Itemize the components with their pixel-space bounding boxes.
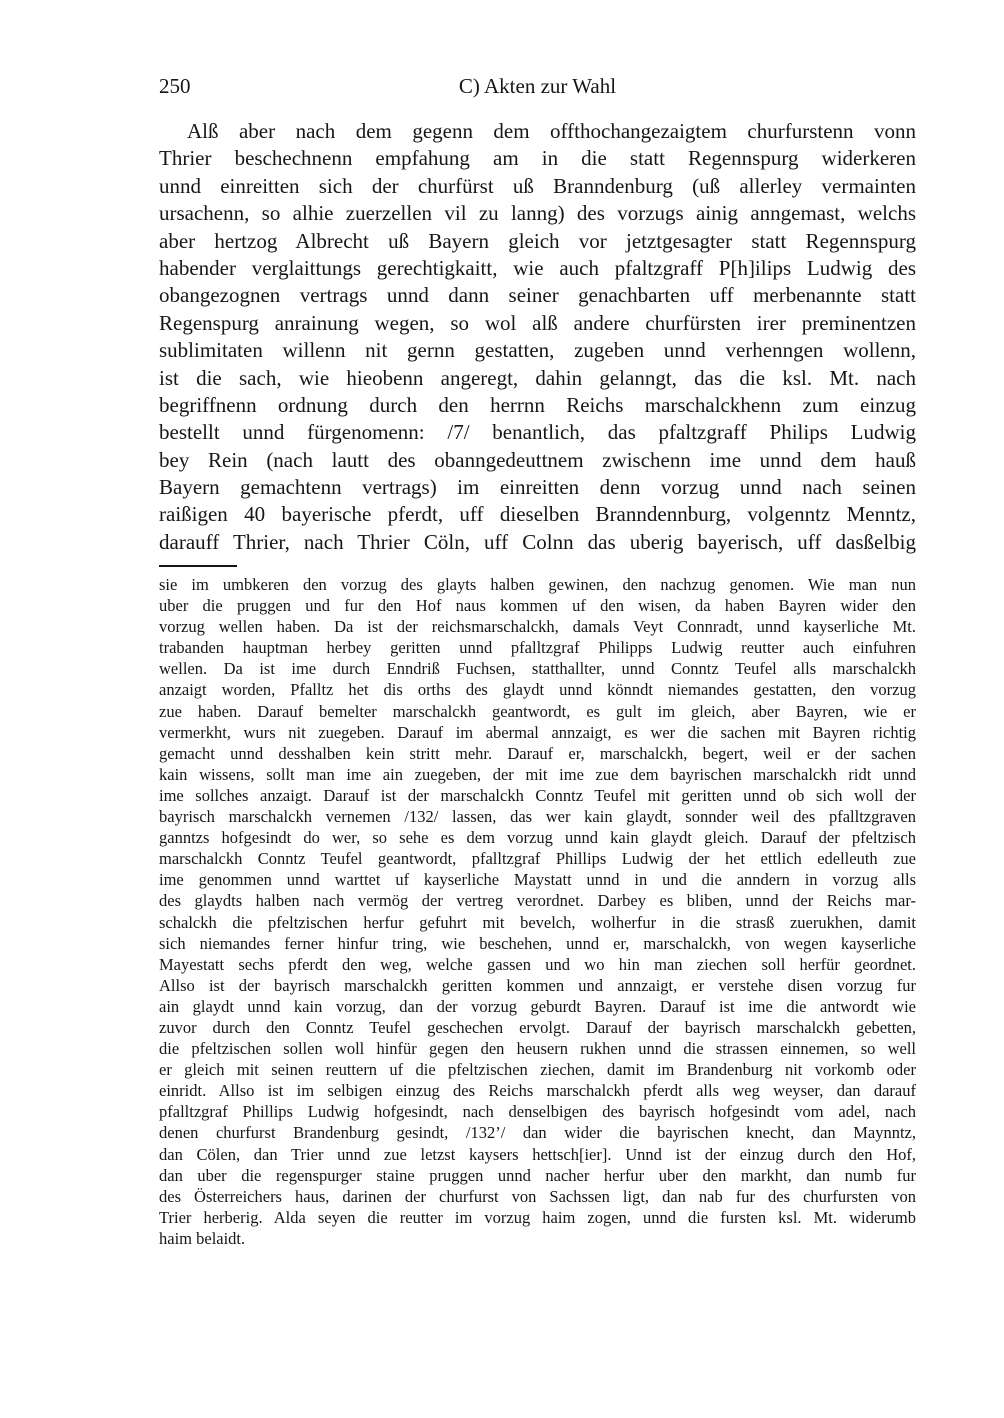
footnote-line: ganntzs hofgesindt do wer, so sehe es de… bbox=[159, 827, 916, 848]
body-line: raißigen 40 bayerische pferdt, uff diese… bbox=[159, 501, 916, 528]
body-line: bestellt unnd fürgenomenn: /7/ benantlic… bbox=[159, 419, 916, 446]
footnote-line: vorzug wellen haben. Da ist der reichsma… bbox=[159, 616, 916, 637]
footnote-line: einridt. Allso ist im selbigen einzug de… bbox=[159, 1080, 916, 1101]
footnote-line: zue haben. Darauf bemelter marschalckh g… bbox=[159, 701, 916, 722]
footnote-line: dan uber die regenspurger staine pruggen… bbox=[159, 1165, 916, 1186]
body-line: Thrier beschechnenn empfahung am in die … bbox=[159, 145, 916, 172]
footnote-line: ime genommen unnd warttet uf kayserliche… bbox=[159, 869, 916, 890]
body-line: Bayern gemachtenn vertrags) im einreitte… bbox=[159, 474, 916, 501]
body-line: Alß aber nach dem gegenn dem offthochang… bbox=[159, 118, 916, 145]
footnote-line: Mayestatt sechs pferdt den weg, welche g… bbox=[159, 954, 916, 975]
footnote-line: trabanden hauptman herbey geritten unnd … bbox=[159, 637, 916, 658]
footnote-line: pfalltzgraf Phillips Ludwig hofgesindt, … bbox=[159, 1101, 916, 1122]
footnote-line: er gleich mit seinen reuttern uf die pfe… bbox=[159, 1059, 916, 1080]
footnote-line: anzaigt worden, Pfalltz het dis orths de… bbox=[159, 679, 916, 700]
footnote-line: marschalckh Conntz Teufel geantwordt, pf… bbox=[159, 848, 916, 869]
footnote-line: dan Cölen, dan Trier unnd zue letzst kay… bbox=[159, 1144, 916, 1165]
body-line: Regenspurg anrainung wegen, so wol alß a… bbox=[159, 310, 916, 337]
footnote-text: sie im umbkeren den vorzug des glayts ha… bbox=[159, 574, 916, 1249]
footnote-line: Trier herberig. Alda seyen die reutter i… bbox=[159, 1207, 916, 1228]
footnote-line: uber die pruggen und fur den Hof naus ko… bbox=[159, 595, 916, 616]
footnote-separator-rule bbox=[159, 565, 237, 567]
footnote-line: sich niemandes ferner hinfur tring, wie … bbox=[159, 933, 916, 954]
footnote-line: sie im umbkeren den vorzug des glayts ha… bbox=[159, 574, 916, 595]
body-line: darauff Thrier, nach Thrier Cöln, uff Co… bbox=[159, 529, 916, 556]
body-line: ist die sach, wie hieobenn angeregt, dah… bbox=[159, 365, 916, 392]
footnote-line: vermerkht, wurs nit zuegeben. Darauf im … bbox=[159, 722, 916, 743]
body-line: bey Rein (nach lautt des obanngedeuttnem… bbox=[159, 447, 916, 474]
body-line: habender verglaittungs gerechtigkaitt, w… bbox=[159, 255, 916, 282]
body-line: obangezognen vertrags unnd dann seiner g… bbox=[159, 282, 916, 309]
footnote-line: kain wissens, sollt man ime ain zuegeben… bbox=[159, 764, 916, 785]
body-line: aber hertzog Albrecht uß Bayern gleich v… bbox=[159, 228, 916, 255]
main-text: Alß aber nach dem gegenn dem offthochang… bbox=[159, 118, 916, 556]
book-page: 250 C) Akten zur Wahl Alß aber nach dem … bbox=[0, 0, 1004, 1418]
footnote-line: Allso ist der bayrisch marschalckh gerit… bbox=[159, 975, 916, 996]
footnote-line: schalckh die pfeltzischen herfur gefuhrt… bbox=[159, 912, 916, 933]
body-line: ursachenn, so alhie zuerzellen vil zu la… bbox=[159, 200, 916, 227]
footnote-line: wellen. Da ist ime durch Enndriß Fuchsen… bbox=[159, 658, 916, 679]
page-header: 250 C) Akten zur Wahl bbox=[159, 74, 916, 102]
footnote-line: zuvor durch den Conntz Teufel geschechen… bbox=[159, 1017, 916, 1038]
running-title: C) Akten zur Wahl bbox=[159, 74, 916, 99]
footnote-line: die pfeltzischen sollen woll hinfür gege… bbox=[159, 1038, 916, 1059]
footnote-line: haim belaidt. bbox=[159, 1228, 916, 1249]
footnote-line: ime sollches anzaigt. Darauf ist der mar… bbox=[159, 785, 916, 806]
footnote-line: ain glaydt unnd kain vorzug, dan der vor… bbox=[159, 996, 916, 1017]
body-line: sublimitaten willenn nit gernn gestatten… bbox=[159, 337, 916, 364]
footnote-line: bayrisch marschalckh vernemen /132/ lass… bbox=[159, 806, 916, 827]
footnote-line: denen churfurst Brandenburg gesindt, /13… bbox=[159, 1122, 916, 1143]
footnote-line: des Österreichers haus, darinen der chur… bbox=[159, 1186, 916, 1207]
footnote-line: gemacht unnd desshalben kein stritt mehr… bbox=[159, 743, 916, 764]
body-line: begriffnenn ordnung durch den herrnn Rei… bbox=[159, 392, 916, 419]
body-line: unnd einreitten sich der churfürst uß Br… bbox=[159, 173, 916, 200]
footnote-line: des glaydts halben nach vermög der vertr… bbox=[159, 890, 916, 911]
